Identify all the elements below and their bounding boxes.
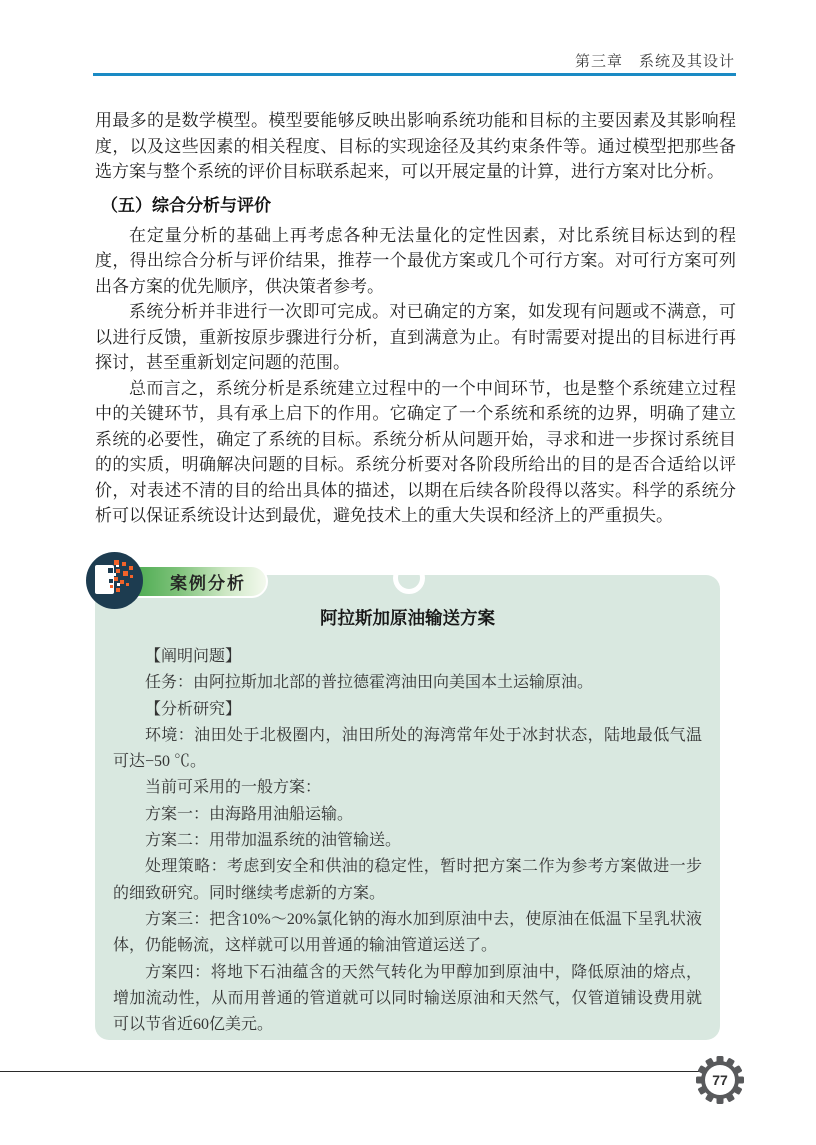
gear-page-number: 77: [696, 1056, 744, 1104]
case-paragraph: 处理策略：考虑到安全和供油的稳定性，暂时把方案二作为参考方案做进一步的细致研究。…: [113, 854, 702, 907]
body-paragraph: 总而言之，系统分析是系统建立过程中的一个中间环节，也是整个系统建立过程中的关键环…: [95, 376, 736, 529]
gear-icon: 77: [696, 1056, 744, 1104]
body-paragraph: 在定量分析的基础上再考虑各种无法量化的定性因素，对比系统目标达到的程度，得出综合…: [95, 223, 736, 300]
case-paragraph: 当前可采用的一般方案：: [113, 775, 702, 801]
page-number: 77: [712, 1072, 728, 1088]
case-paragraph: 任务：由阿拉斯加北部的普拉德霍湾油田向美国本土运输原油。: [113, 670, 702, 696]
case-badge-label: 案例分析: [170, 569, 246, 594]
case-paragraph: 方案三：把含10%～20%氯化钠的海水加到原油中去，使原油在低温下呈乳状液体，仍…: [113, 907, 702, 960]
ring-notch-icon: [393, 562, 425, 594]
case-paragraph: 方案一：由海路用油船运输。: [113, 802, 702, 828]
case-analysis-box: 阿拉斯加原油输送方案 【阐明问题】 任务：由阿拉斯加北部的普拉德霍湾油田向美国本…: [95, 575, 720, 1040]
case-body: 【阐明问题】 任务：由阿拉斯加北部的普拉德霍湾油田向美国本土运输原油。 【分析研…: [113, 644, 702, 1038]
body-paragraph: 系统分析并非进行一次即可完成。对已确定的方案，如发现有问题或不满意，可以进行反馈…: [95, 299, 736, 376]
case-title: 阿拉斯加原油输送方案: [113, 605, 702, 630]
chapter-header: 第三章 系统及其设计: [575, 50, 735, 71]
footer-rule: [0, 1071, 700, 1072]
case-paragraph: 环境：油田处于北极圈内，油田所处的海湾常年处于冰封状态，陆地最低气温可达−50 …: [113, 723, 702, 776]
case-paragraph: 方案四：将地下石油蕴含的天然气转化为甲醇加到原油中，降低原油的熔点，增加流动性，…: [113, 960, 702, 1039]
case-paragraph: 【阐明问题】: [113, 644, 702, 670]
header-rule: [93, 73, 736, 76]
section-heading: （五）综合分析与评价: [95, 194, 736, 218]
case-paragraph: 【分析研究】: [113, 697, 702, 723]
main-text-column: 用最多的是数学模型。模型要能够反映出影响系统功能和目标的主要因素及其影响程度，以…: [95, 108, 736, 529]
textbook-page: 第三章 系统及其设计 用最多的是数学模型。模型要能够反映出影响系统功能和目标的主…: [0, 0, 816, 1145]
document-pixels-icon: [86, 552, 143, 609]
case-paragraph: 方案二：用带加温系统的油管输送。: [113, 828, 702, 854]
body-paragraph: 用最多的是数学模型。模型要能够反映出影响系统功能和目标的主要因素及其影响程度，以…: [95, 108, 736, 185]
